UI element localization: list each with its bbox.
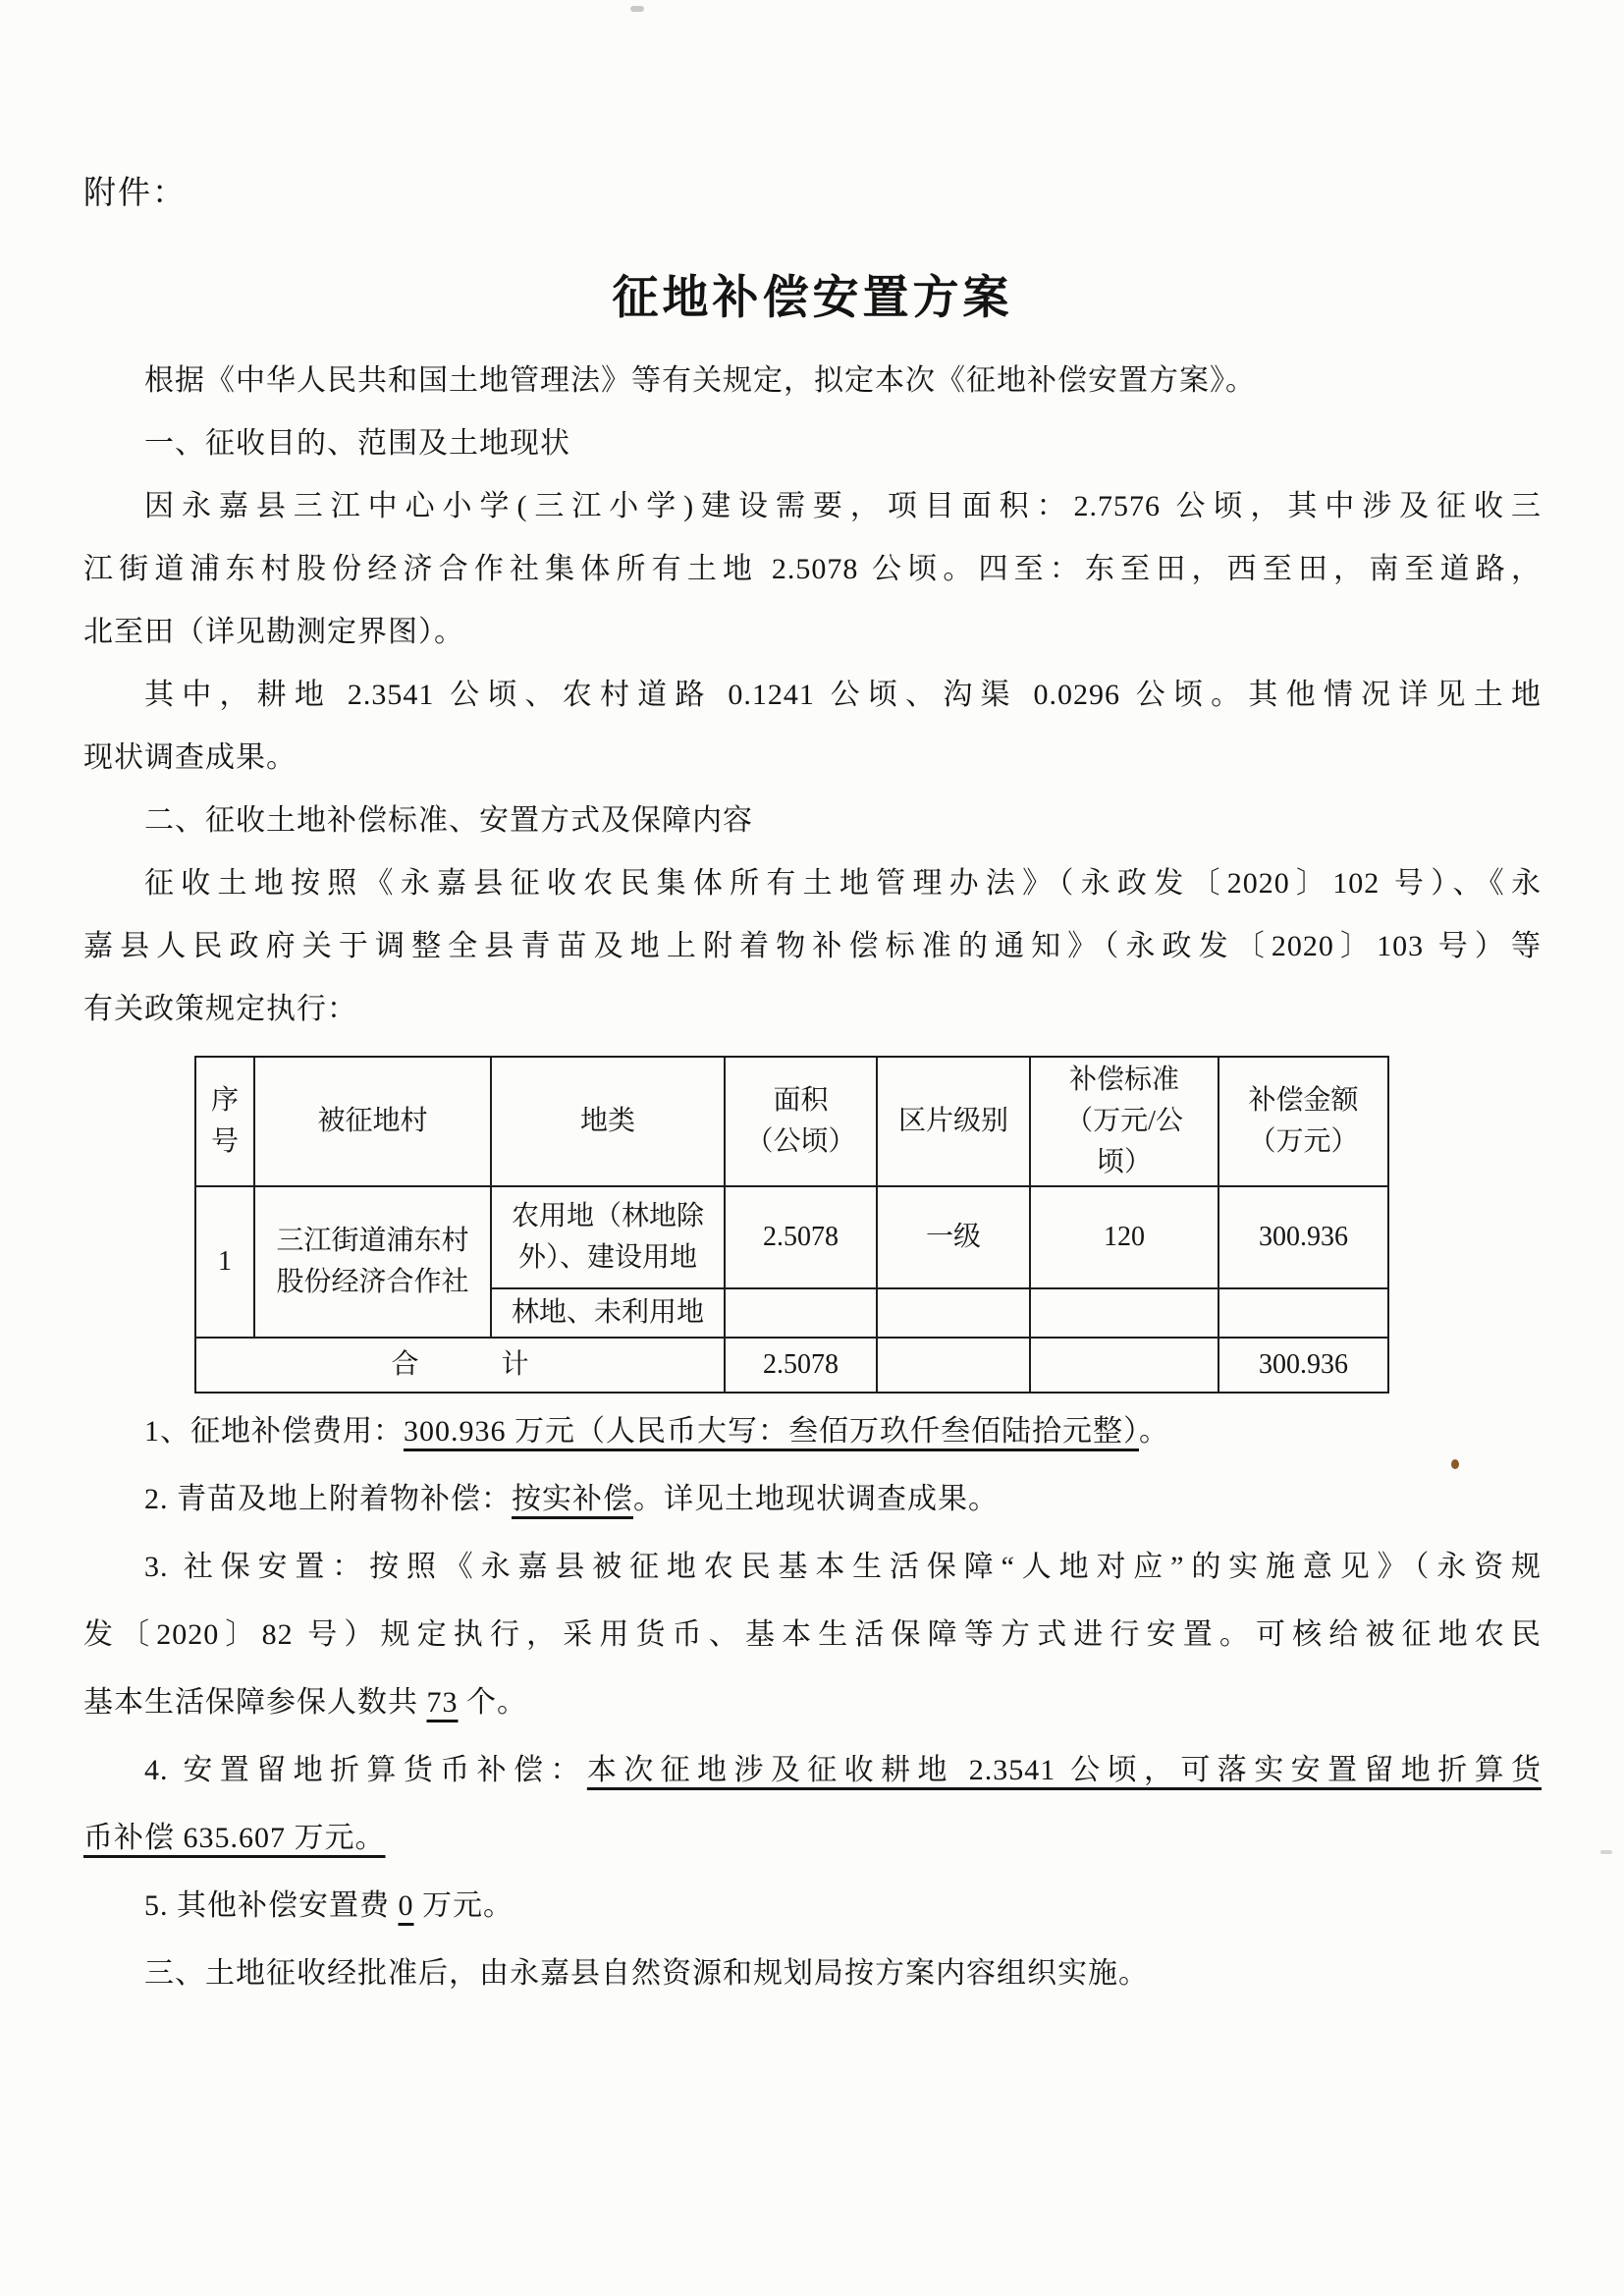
cell-total-zone — [877, 1338, 1030, 1393]
document-content: 附件： 征地补偿安置方案 根据《中华人民共和国土地管理法》等有关规定，拟定本次《… — [0, 0, 1624, 2007]
text-line: 2. 青苗及地上附着物补偿：按实补偿。详见土地现状调查成果。 — [83, 1465, 1542, 1533]
text-segment: 。详见土地现状调查成果。 — [633, 1483, 999, 1515]
cell-total-amount: 300.936 — [1218, 1338, 1388, 1393]
header-amount: 补偿金额 （万元） — [1218, 1057, 1388, 1186]
text-line: 现状调查成果。 — [83, 727, 1542, 790]
text-segment: 因永嘉县三江中心小学(三江小学)建设需要，项目面积：2.7576 公顷，其中涉及… — [144, 490, 1542, 522]
text-line: 4. 安置留地折算货币补偿：本次征地涉及征收耕地 2.3541 公顷，可落实安置… — [83, 1736, 1542, 1804]
text-segment: 3. 社保安置：按照《永嘉县被征地农民基本生活保障“人地对应”的实施意见》（永资… — [144, 1551, 1542, 1583]
text-segment: 北至田（详见勘测定界图）。 — [83, 616, 464, 648]
text-segment: 根据《中华人民共和国土地管理法》等有关规定，拟定本次《征地补偿安置方案》。 — [144, 364, 1256, 397]
cell-land-type-a: 农用地（林地除 外）、建设用地 — [491, 1186, 725, 1288]
text-line: 因永嘉县三江中心小学(三江小学)建设需要，项目面积：2.7576 公顷，其中涉及… — [83, 475, 1542, 538]
header-seq: 序 号 — [195, 1057, 254, 1186]
cell-total-area: 2.5078 — [725, 1338, 877, 1393]
header-area: 面积 （公顷） — [725, 1057, 877, 1186]
text-segment: 其中，耕地 2.3541 公顷、农村道路 0.1241 公顷、沟渠 0.0296… — [144, 679, 1542, 711]
cell-area-b — [725, 1288, 877, 1338]
cell-zone-a: 一级 — [877, 1186, 1030, 1288]
text-line: 北至田（详见勘测定界图）。 — [83, 601, 1542, 664]
text-line: 二、征收土地补偿标准、安置方式及保障内容 — [83, 790, 1542, 852]
scan-artifact — [630, 6, 644, 12]
text-line: 5. 其他补偿安置费 0 万元。 — [83, 1872, 1542, 1940]
cell-amount-b — [1218, 1288, 1388, 1338]
table-row: 1 三江街道浦东村 股份经济合作社 农用地（林地除 外）、建设用地 2.5078… — [195, 1186, 1388, 1288]
cell-zone-b — [877, 1288, 1030, 1338]
text-segment: 现状调查成果。 — [83, 741, 297, 774]
cell-seq: 1 — [195, 1186, 254, 1338]
text-line: 根据《中华人民共和国土地管理法》等有关规定，拟定本次《征地补偿安置方案》。 — [83, 350, 1542, 412]
text-segment: 2. 青苗及地上附着物补偿： — [144, 1483, 512, 1515]
text-line: 1、征地补偿费用：300.936 万元（人民币大写：叁佰万玖仟叁佰陆拾元整）。 — [83, 1397, 1542, 1465]
cell-land-type-b: 林地、未利用地 — [491, 1288, 725, 1338]
text-line: 嘉县人民政府关于调整全县青苗及地上附着物补偿标准的通知》（永政发〔2020〕10… — [83, 915, 1542, 978]
compensation-table: 序 号 被征地村 地类 面积 （公顷） 区片级别 补偿标准 （万元/公 顷） 补… — [194, 1056, 1389, 1394]
text-line: 其中，耕地 2.3541 公顷、农村道路 0.1241 公顷、沟渠 0.0296… — [83, 664, 1542, 727]
cell-standard-b — [1030, 1288, 1218, 1338]
text-segment: 。 — [1139, 1415, 1169, 1448]
cell-amount-a: 300.936 — [1218, 1186, 1388, 1288]
text-segment: 5. 其他补偿安置费 — [144, 1889, 399, 1922]
cell-village: 三江街道浦东村 股份经济合作社 — [254, 1186, 491, 1338]
text-segment: 1、征地补偿费用： — [144, 1415, 404, 1448]
body-text-before-table: 根据《中华人民共和国土地管理法》等有关规定，拟定本次《征地补偿安置方案》。一、征… — [83, 350, 1542, 1041]
text-line: 发〔2020〕82 号）规定执行，采用货币、基本生活保障等方式进行安置。可核给被… — [83, 1601, 1542, 1668]
attachment-label: 附件： — [83, 172, 1542, 216]
text-line: 基本生活保障参保人数共 73 个。 — [83, 1668, 1542, 1736]
cell-standard-a: 120 — [1030, 1186, 1218, 1288]
page-title: 征地补偿安置方案 — [83, 260, 1542, 334]
text-segment: 征收土地按照《永嘉县征收农民集体所有土地管理办法》（永政发〔2020〕102 号… — [144, 867, 1542, 900]
table-header-row: 序 号 被征地村 地类 面积 （公顷） 区片级别 补偿标准 （万元/公 顷） 补… — [195, 1057, 1388, 1186]
header-village: 被征地村 — [254, 1057, 491, 1186]
text-segment: 有关政策规定执行： — [83, 993, 357, 1025]
text-line: 三、土地征收经批准后，由永嘉县自然资源和规划局按方案内容组织实施。 — [83, 1940, 1542, 2007]
text-line: 一、征收目的、范围及土地现状 — [83, 412, 1542, 475]
text-line: 币补偿 635.607 万元。 — [83, 1804, 1542, 1872]
text-segment: 嘉县人民政府关于调整全县青苗及地上附着物补偿标准的通知》（永政发〔2020〕10… — [83, 930, 1542, 962]
text-line: 征收土地按照《永嘉县征收农民集体所有土地管理办法》（永政发〔2020〕102 号… — [83, 852, 1542, 915]
underlined-text: 73 — [427, 1686, 459, 1719]
text-segment: 基本生活保障参保人数共 — [83, 1686, 427, 1719]
cell-total-label: 合 计 — [195, 1338, 725, 1393]
text-segment: 发〔2020〕82 号）规定执行，采用货币、基本生活保障等方式进行安置。可核给被… — [83, 1618, 1542, 1651]
header-standard: 补偿标准 （万元/公 顷） — [1030, 1057, 1218, 1186]
table-total-row: 合 计 2.5078 300.936 — [195, 1338, 1388, 1393]
cell-total-standard — [1030, 1338, 1218, 1393]
cell-area-a: 2.5078 — [725, 1186, 877, 1288]
text-segment: 4. 安置留地折算货币补偿： — [144, 1754, 587, 1786]
body-text-after-table: 1、征地补偿费用：300.936 万元（人民币大写：叁佰万玖仟叁佰陆拾元整）。2… — [83, 1397, 1542, 2007]
header-land-type: 地类 — [491, 1057, 725, 1186]
underlined-text: 按实补偿 — [512, 1483, 633, 1515]
underlined-text: 300.936 万元（人民币大写：叁佰万玖仟叁佰陆拾元整） — [404, 1415, 1139, 1448]
text-segment: 二、征收土地补偿标准、安置方式及保障内容 — [144, 804, 753, 837]
text-segment: 个。 — [459, 1686, 528, 1719]
text-line: 3. 社保安置：按照《永嘉县被征地农民基本生活保障“人地对应”的实施意见》（永资… — [83, 1533, 1542, 1601]
underlined-text: 币补偿 635.607 万元。 — [83, 1822, 386, 1854]
text-segment: 江街道浦东村股份经济合作社集体所有土地 2.5078 公顷。四至：东至田，西至田… — [83, 553, 1542, 585]
text-segment: 一、征收目的、范围及土地现状 — [144, 427, 570, 460]
text-segment: 三、土地征收经批准后，由永嘉县自然资源和规划局按方案内容组织实施。 — [144, 1957, 1149, 1990]
scan-artifact — [1600, 1850, 1612, 1854]
text-segment: 万元。 — [414, 1889, 514, 1922]
text-line: 江街道浦东村股份经济合作社集体所有土地 2.5078 公顷。四至：东至田，西至田… — [83, 538, 1542, 601]
underlined-text: 0 — [399, 1889, 414, 1922]
scan-artifact — [1451, 1459, 1459, 1469]
text-line: 有关政策规定执行： — [83, 978, 1542, 1041]
underlined-text: 本次征地涉及征收耕地 2.3541 公顷，可落实安置留地折算货 — [587, 1754, 1542, 1786]
scanned-document-page: 附件： 征地补偿安置方案 根据《中华人民共和国土地管理法》等有关规定，拟定本次《… — [0, 0, 1624, 2296]
header-zone: 区片级别 — [877, 1057, 1030, 1186]
